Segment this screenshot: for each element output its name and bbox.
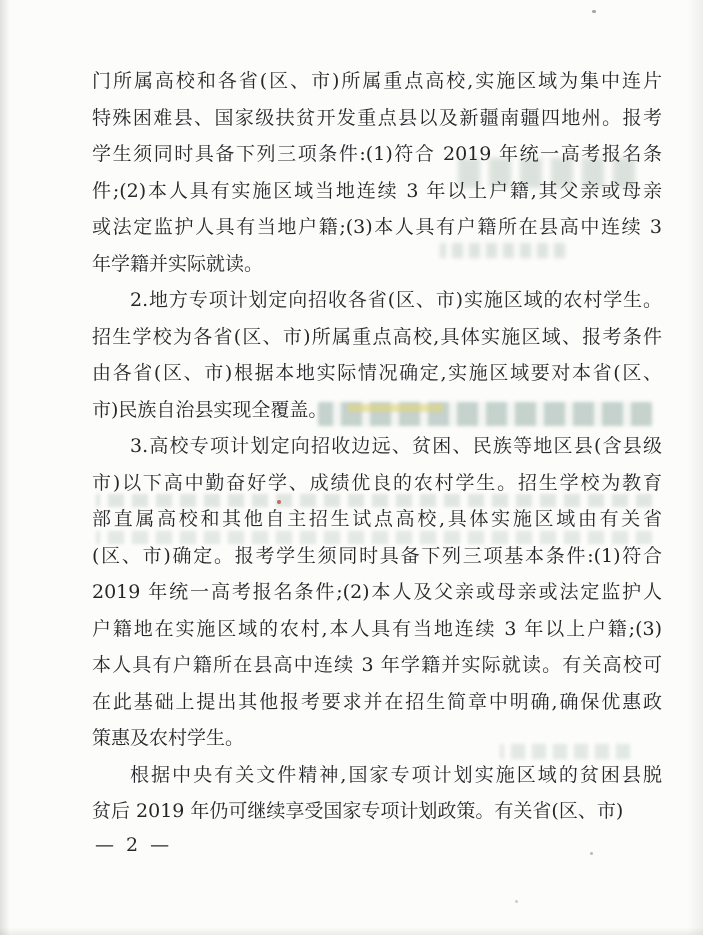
text-line: 门所属高校和各省(区、市)所属重点高校,实施区域为集中连片 — [92, 63, 662, 100]
text-line: 本人具有户籍所在县高中连续 3 年学籍并实际就读。有关高校可 — [92, 647, 662, 684]
page-edge-shadow-right — [687, 0, 703, 935]
text-line: 2019 年统一高考报名条件;(2)本人及父亲或母亲或法定监护人 — [92, 574, 662, 611]
paragraph: 根据中央有关文件精神,国家专项计划实施区域的贫困县脱 贫后 2019 年仍可继续… — [92, 757, 662, 830]
scan-speck — [515, 900, 518, 903]
text-line: (区、市)确定。报考学生须同时具备下列三项基本条件:(1)符合 — [92, 538, 662, 575]
text-line: 根据中央有关文件精神,国家专项计划实施区域的贫困县脱 — [92, 757, 662, 794]
paragraph: 3.高校专项计划定向招收边远、贫困、民族等地区县(含县级 市)以下高中勤奋好学、… — [92, 428, 662, 757]
text-line: 特殊困难县、国家级扶贫开发重点县以及新疆南疆四地州。报考 — [92, 100, 662, 137]
paragraph: 2.地方专项计划定向招收各省(区、市)实施区域的农村学生。 招生学校为各省(区、… — [92, 282, 662, 428]
text-line: 或法定监护人具有当地户籍;(3)本人具有户籍所在县高中连续 3 — [92, 209, 662, 246]
text-line: 市)以下高中勤奋好学、成绩优良的农村学生。招生学校为教育 — [92, 465, 662, 502]
text-block: 门所属高校和各省(区、市)所属重点高校,实施区域为集中连片 特殊困难县、国家级扶… — [92, 63, 662, 830]
page-edge-shadow-left — [0, 0, 10, 935]
text-line: 部直属高校和其他自主招生试点高校,具体实施区域由有关省 — [92, 501, 662, 538]
text-line: 贫后 2019 年仍可继续享受国家专项计划政策。有关省(区、市) — [92, 793, 662, 830]
text-line: 年学籍并实际就读。 — [92, 246, 662, 283]
scan-speck — [592, 10, 596, 13]
page-number: — 2 — — [95, 833, 172, 857]
text-line: 户籍地在实施区域的农村,本人具有当地连续 3 年以上户籍;(3) — [92, 611, 662, 648]
text-line: 在此基础上提出其他报考要求并在招生简章中明确,确保优惠政 — [92, 684, 662, 721]
text-line: 策惠及农村学生。 — [92, 720, 662, 757]
text-line: 市)民族自治县实现全覆盖。 — [92, 392, 662, 429]
text-line: 招生学校为各省(区、市)所属重点高校,具体实施区域、报考条件 — [92, 319, 662, 356]
text-line: 3.高校专项计划定向招收边远、贫困、民族等地区县(含县级 — [92, 428, 662, 465]
text-line: 学生须同时具备下列三项条件:(1)符合 2019 年统一高考报名条 — [92, 136, 662, 173]
page-edge-shadow-bottom — [0, 927, 703, 935]
scanned-document-page: { "document": { "kind": "scanned officia… — [0, 0, 703, 935]
scan-speck — [590, 852, 593, 855]
text-line: 2.地方专项计划定向招收各省(区、市)实施区域的农村学生。 — [92, 282, 662, 319]
text-line: 由各省(区、市)根据本地实际情况确定,实施区域要对本省(区、 — [92, 355, 662, 392]
paragraph: 门所属高校和各省(区、市)所属重点高校,实施区域为集中连片 特殊困难县、国家级扶… — [92, 63, 662, 282]
text-line: 件;(2)本人具有实施区域当地连续 3 年以上户籍,其父亲或母亲 — [92, 173, 662, 210]
